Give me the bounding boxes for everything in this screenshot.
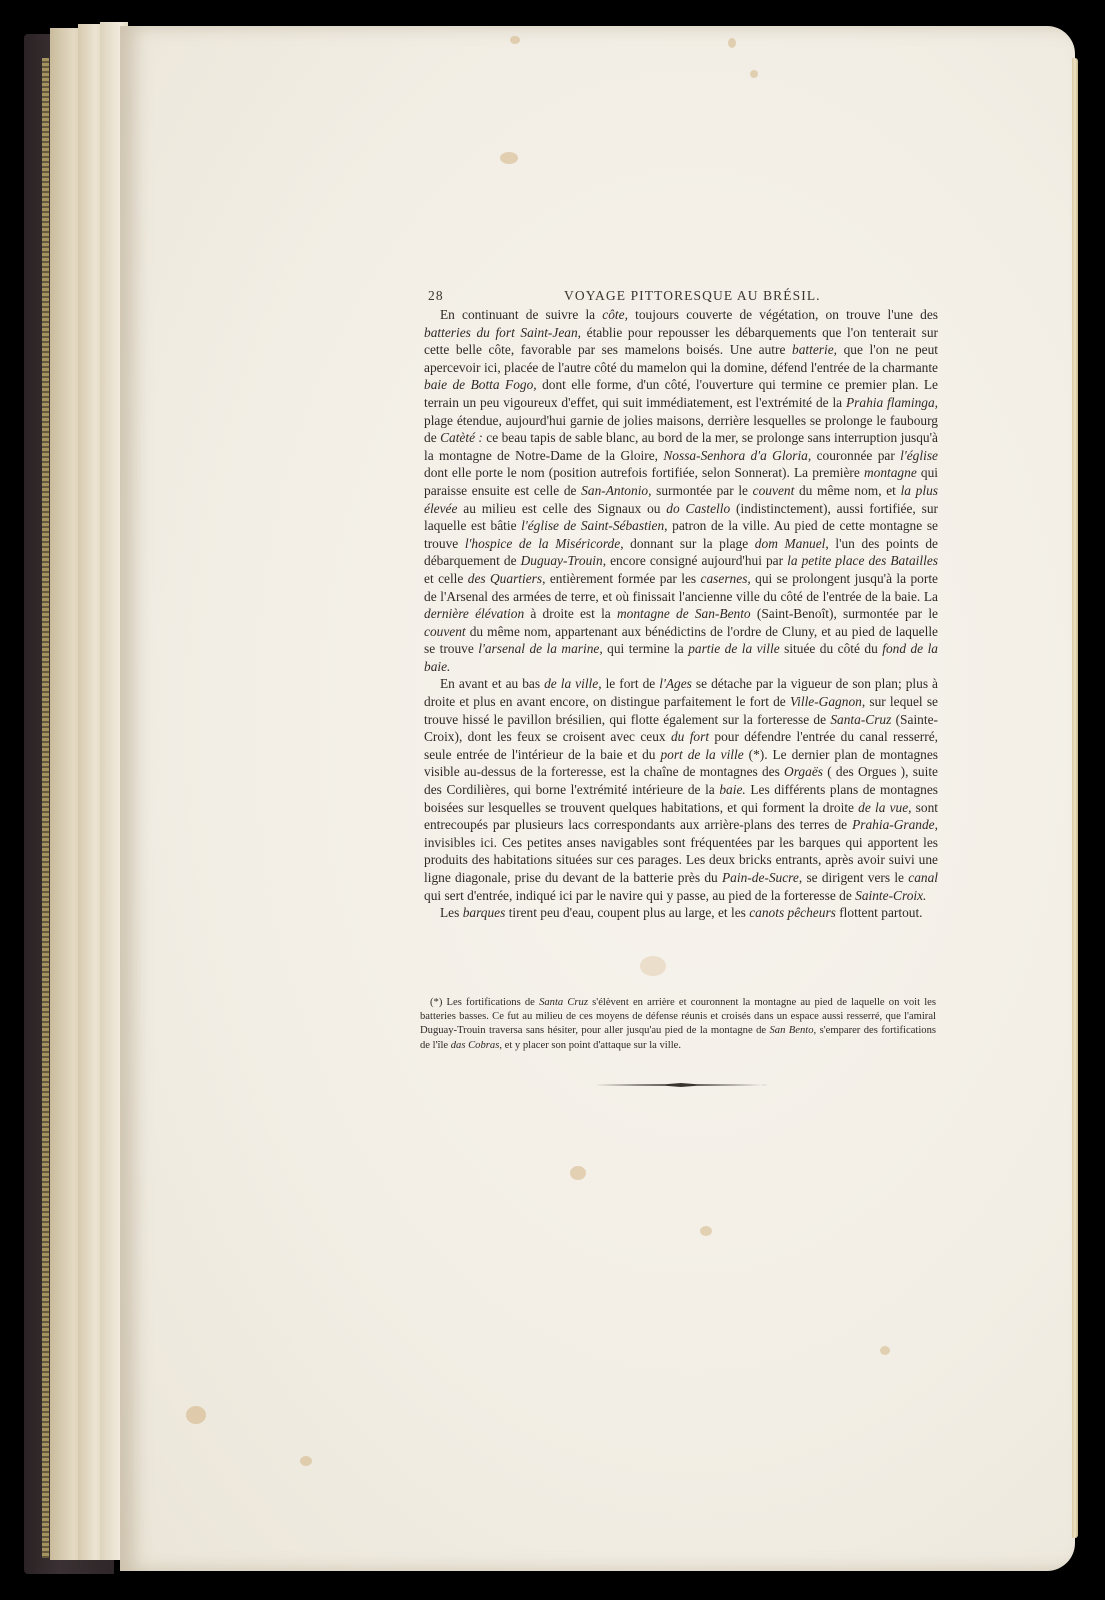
foxing-spot: [750, 70, 758, 78]
italic-term: das Cobras: [451, 1040, 500, 1051]
text-run: située du côté du: [780, 641, 883, 656]
text-run: (*) Les fortifications de: [430, 997, 539, 1008]
text-run: au milieu est celle des Signaux ou: [457, 501, 666, 516]
footnote: (*) Les fortifications de Santa Cruz s'é…: [420, 996, 936, 1053]
italic-term: partie de la ville: [688, 641, 779, 656]
italic-term: barques: [463, 905, 506, 920]
gilt-border: [42, 58, 49, 1558]
italic-term: Santa Cruz: [539, 997, 588, 1008]
text-run: et celle: [424, 571, 468, 586]
foxing-spot: [510, 36, 520, 44]
text-run: En continuant de suivre la: [440, 307, 602, 322]
italic-term: des Quartiers: [468, 571, 542, 586]
italic-term: casernes,: [701, 571, 751, 586]
italic-term: l'arsenal de la marine,: [478, 641, 602, 656]
italic-term: San Bento: [770, 1025, 814, 1036]
italic-term: couvent: [753, 483, 795, 498]
foxing-spot: [500, 152, 518, 164]
text-run: couronnée par: [811, 448, 900, 463]
text-run: tirent peu d'eau, coupent plus au large,…: [505, 905, 749, 920]
text-run: toujours couverte de végétation, on trou…: [628, 307, 938, 322]
text-run: En avant et au bas: [440, 676, 544, 691]
text-run: , entièrement formée par les: [542, 571, 700, 586]
text-run: , et y placer son point d'attaque sur la…: [499, 1040, 681, 1051]
italic-term: la petite place des Batailles: [787, 553, 938, 568]
text-run: flottent partout.: [836, 905, 923, 920]
italic-term: do Castello: [666, 501, 730, 516]
text-run: surmontée par le: [651, 483, 752, 498]
italic-term: baie.: [719, 782, 745, 797]
italic-term: baie de Botta Fogo,: [424, 377, 537, 392]
paragraph: Les barques tirent peu d'eau, coupent pl…: [424, 904, 938, 922]
italic-term: San-Antonio,: [581, 483, 651, 498]
italic-term: l'église de Saint-Sébastien: [521, 518, 664, 533]
page-edge: [1072, 58, 1078, 1538]
italic-term: Prahia flaminga,: [846, 395, 938, 410]
running-title: VOYAGE PITTORESQUE AU BRÉSIL.: [564, 288, 821, 304]
text-run: dont elle porte le nom (position autrefo…: [424, 465, 864, 480]
text-run: qui sert d'entrée, indiqué ici par le na…: [424, 888, 855, 903]
italic-term: l'Ages: [659, 676, 692, 691]
italic-term: Sainte-Croix.: [855, 888, 926, 903]
italic-term: du fort: [671, 729, 709, 744]
text-run: Les: [440, 905, 463, 920]
text-run: le fort de: [602, 676, 660, 691]
italic-term: canots pêcheurs: [749, 905, 836, 920]
foxing-spot: [186, 1406, 206, 1424]
paragraph: En continuant de suivre la côte, toujour…: [424, 306, 938, 675]
paragraph: En avant et au bas de la ville, le fort …: [424, 675, 938, 904]
running-header: 28 VOYAGE PITTORESQUE AU BRÉSIL.: [428, 288, 938, 306]
text-run: qui termine la: [603, 641, 688, 656]
italic-term: dernière élévation: [424, 606, 524, 621]
italic-term: Nossa-Senhora d'a Gloria,: [663, 448, 811, 463]
italic-term: batterie: [792, 342, 834, 357]
italic-term: de la ville,: [544, 676, 601, 691]
italic-term: Pain-de-Sucre: [722, 870, 799, 885]
body-text: En continuant de suivre la côte, toujour…: [424, 306, 938, 922]
foxing-spot: [880, 1346, 890, 1355]
foxing-spot: [728, 38, 736, 48]
italic-term: montagne: [864, 465, 917, 480]
italic-term: port de la ville: [660, 747, 743, 762]
italic-term: Orgaës: [784, 764, 823, 779]
page-number: 28: [428, 288, 444, 304]
italic-term: dom Manuel: [755, 536, 826, 551]
italic-term: Catèté :: [440, 430, 483, 445]
foxing-spot: [640, 956, 666, 976]
italic-term: de la vue,: [858, 800, 911, 815]
text-run: à droite est la: [524, 606, 617, 621]
italic-term: Duguay-Trouin: [521, 553, 603, 568]
text-run: (Saint-Benoît), surmontée par le: [751, 606, 938, 621]
italic-term: montagne de San-Bento: [617, 606, 751, 621]
italic-term: Santa-Cruz: [830, 712, 891, 727]
decorative-rule: [595, 1083, 768, 1086]
italic-term: canal: [908, 870, 938, 885]
foxing-spot: [570, 1166, 586, 1180]
italic-term: côte,: [602, 307, 628, 322]
italic-term: l'hospice de la Miséricorde: [465, 536, 620, 551]
foxing-spot: [300, 1456, 312, 1466]
text-run: du même nom, et: [794, 483, 900, 498]
foxing-spot: [700, 1226, 712, 1236]
italic-term: l'église: [900, 448, 938, 463]
footnote-text: (*) Les fortifications de Santa Cruz s'é…: [420, 996, 936, 1053]
italic-term: batteries du fort Saint-Jean: [424, 325, 578, 340]
italic-term: Prahia-Grande: [852, 817, 935, 832]
text-run: , se dirigent vers le: [799, 870, 908, 885]
italic-term: couvent: [424, 624, 466, 639]
text-run: , donnant sur la plage: [620, 536, 755, 551]
text-run: , encore consigné aujourd'hui par: [603, 553, 787, 568]
italic-term: Ville-Gagnon: [790, 694, 862, 709]
